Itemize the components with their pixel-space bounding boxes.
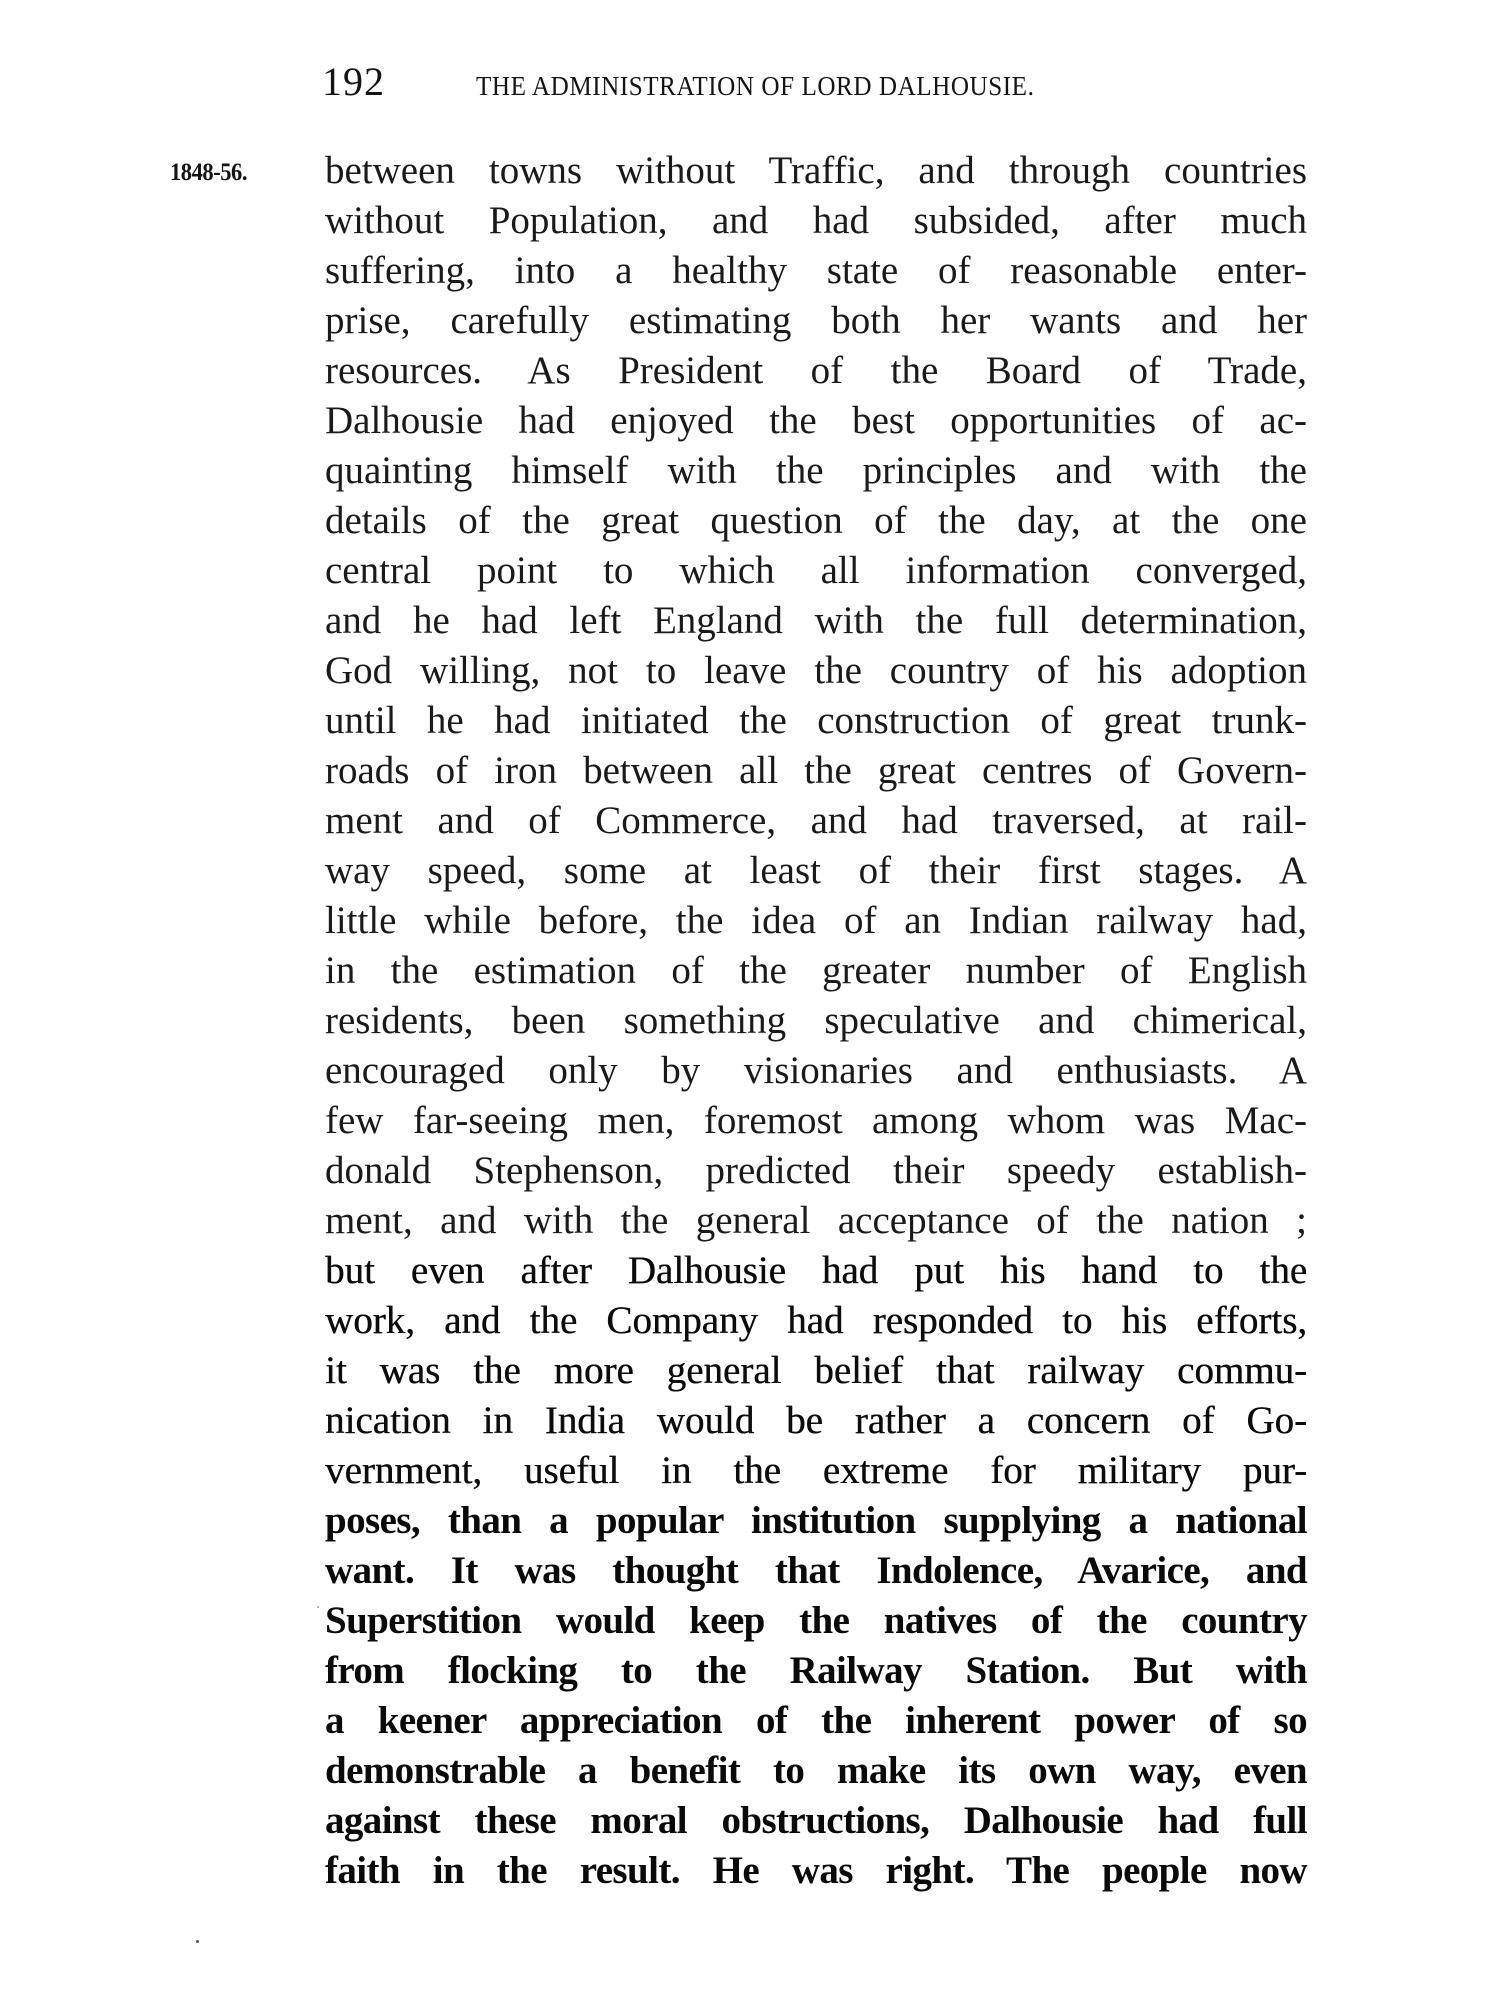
- running-head-title: The Administration of Lord Dalhousie.: [476, 68, 1108, 104]
- text-line: faith in the result. He was right. The p…: [325, 1846, 1307, 1896]
- text-line: want. It was thought that Indolence, Ava…: [325, 1546, 1307, 1596]
- text-line: and he had left England with the full de…: [325, 596, 1307, 646]
- text-line: it was the more general belief that rail…: [325, 1346, 1307, 1396]
- text-line: quainting himself with the principles an…: [325, 446, 1307, 496]
- text-line: poses, than a popular institution supply…: [325, 1496, 1307, 1546]
- text-line: central point to which all information c…: [325, 546, 1307, 596]
- text-line: God willing, not to leave the country of…: [325, 646, 1307, 696]
- text-line: little while before, the idea of an Indi…: [325, 896, 1307, 946]
- text-line: Superstition would keep the natives of t…: [325, 1596, 1307, 1646]
- body-text: between towns without Traffic, and throu…: [325, 146, 1307, 1896]
- text-line: Dalhousie had enjoyed the best opportuni…: [325, 396, 1307, 446]
- text-line: ment, and with the general acceptance of…: [325, 1196, 1307, 1246]
- text-line: without Population, and had subsided, af…: [325, 196, 1307, 246]
- text-line: in the estimation of the greater number …: [325, 946, 1307, 996]
- text-line: residents, been something speculative an…: [325, 996, 1307, 1046]
- text-line: work, and the Company had responded to h…: [325, 1296, 1307, 1346]
- text-line: vernment, useful in the extreme for mili…: [325, 1446, 1307, 1496]
- text-line: roads of iron between all the great cent…: [325, 746, 1307, 796]
- scan-speck: [196, 1940, 199, 1943]
- text-line: details of the great question of the day…: [325, 496, 1307, 546]
- text-line: until he had initiated the construction …: [325, 696, 1307, 746]
- text-line: a keener appreciation of the inherent po…: [325, 1696, 1307, 1746]
- scan-speck: [317, 1606, 319, 1608]
- text-line: encouraged only by visionaries and enthu…: [325, 1046, 1307, 1096]
- text-line: prise, carefully estimating both her wan…: [325, 296, 1307, 346]
- text-line: few far-seeing men, foremost among whom …: [325, 1096, 1307, 1146]
- text-line: against these moral obstructions, Dalhou…: [325, 1796, 1307, 1846]
- text-line: suffering, into a healthy state of reaso…: [325, 246, 1307, 296]
- text-line: between towns without Traffic, and throu…: [325, 146, 1307, 196]
- text-line: ment and of Commerce, and had traversed,…: [325, 796, 1307, 846]
- page-number: 192: [322, 58, 385, 106]
- text-line: way speed, some at least of their first …: [325, 846, 1307, 896]
- text-line: resources. As President of the Board of …: [325, 346, 1307, 396]
- text-line: demonstrable a benefit to make its own w…: [325, 1746, 1307, 1796]
- text-line: donald Stephenson, predicted their speed…: [325, 1146, 1307, 1196]
- text-line: but even after Dalhousie had put his han…: [325, 1246, 1307, 1296]
- text-line: nication in India would be rather a conc…: [325, 1396, 1307, 1446]
- margin-date-note: 1848-56.: [170, 158, 247, 188]
- text-line: from flocking to the Railway Station. Bu…: [325, 1646, 1307, 1696]
